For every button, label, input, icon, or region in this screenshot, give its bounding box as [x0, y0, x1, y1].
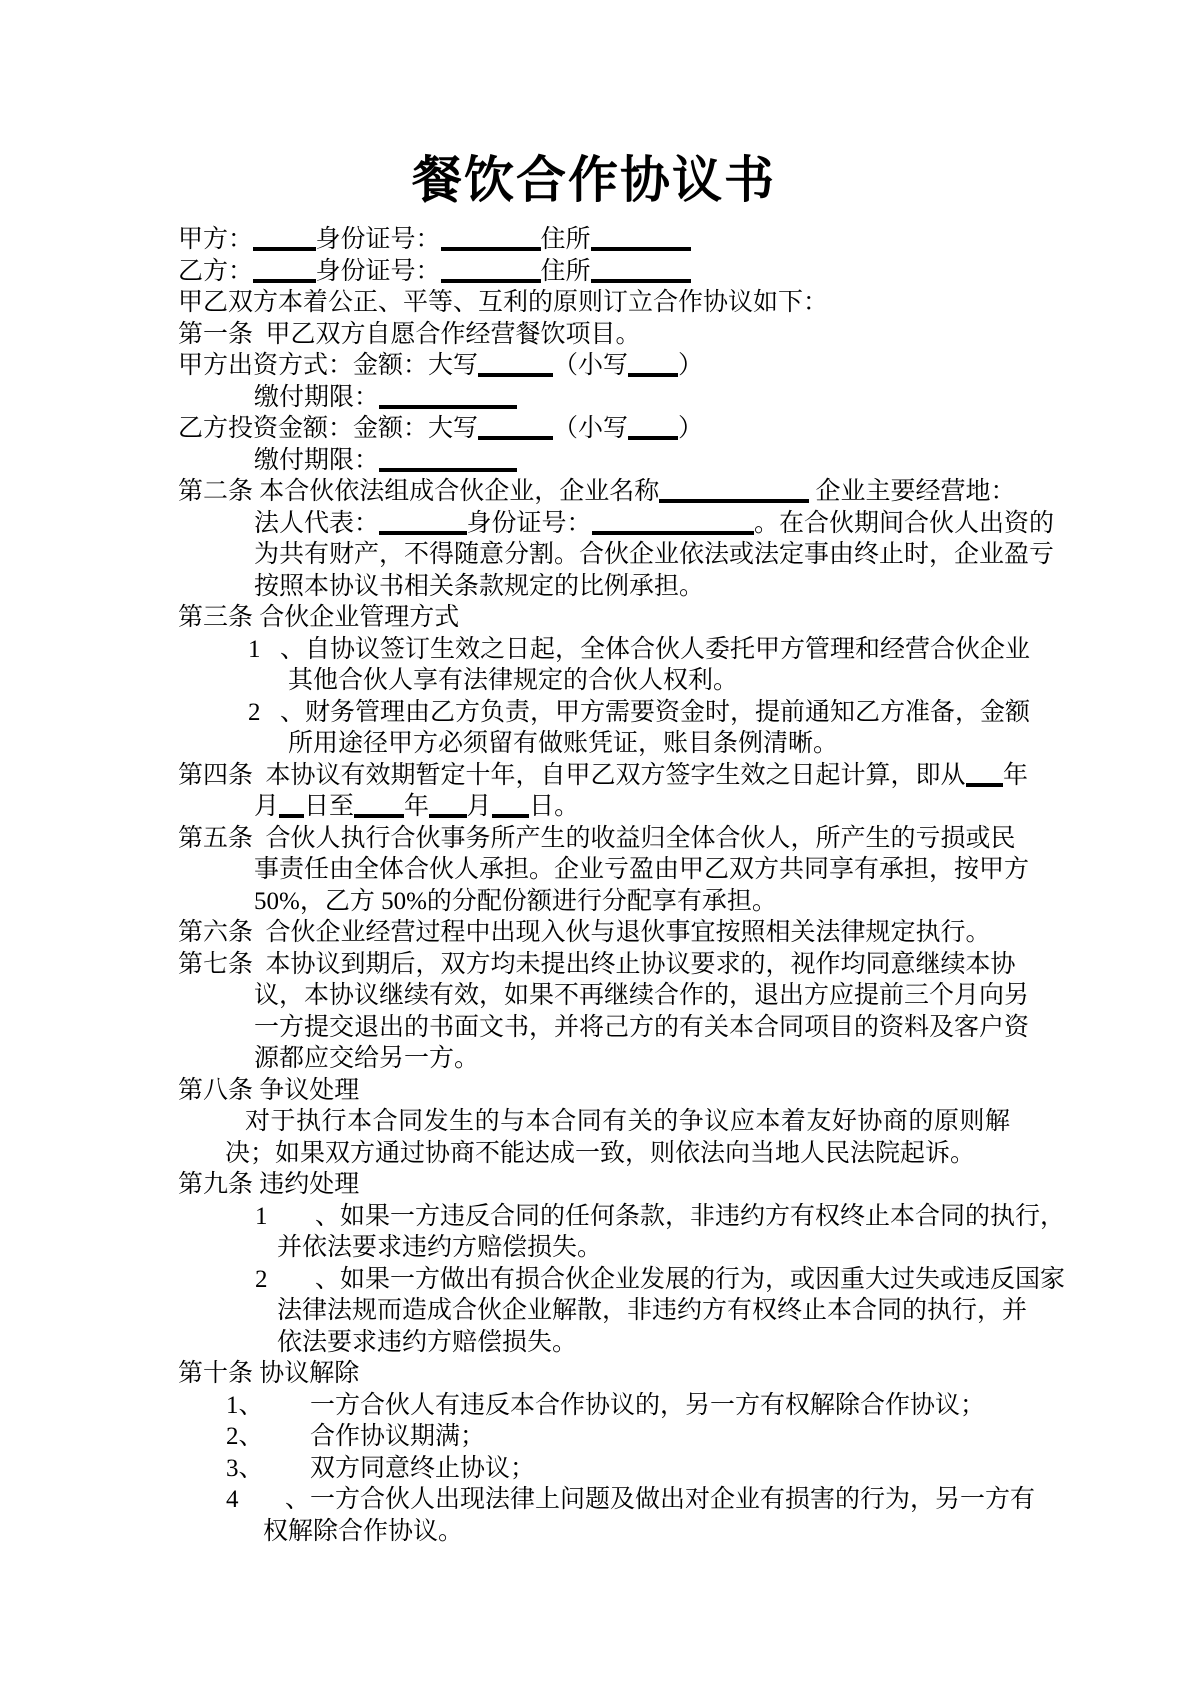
doc-line: 甲方：身份证号：住所 — [178, 224, 1010, 256]
doc-line: 1、一方合伙人有违反本合作协议的，另一方有权解除合作协议； — [178, 1390, 1010, 1422]
doc-line: 所用途径甲方必须留有做账凭证，账目条例清晰。 — [178, 728, 1010, 760]
blank-field — [478, 373, 553, 377]
doc-line: 为共有财产，不得随意分割。合伙企业依法或法定事由终止时，企业盈亏 — [178, 539, 1010, 571]
doc-line: 缴付期限： — [178, 445, 1010, 477]
document-body: 甲方：身份证号：住所乙方：身份证号：住所甲乙双方本着公正、平等、互利的原则订立合… — [178, 224, 1010, 1547]
doc-line: 议，本协议继续有效，如果不再继续合作的，退出方应提前三个月向另 — [178, 980, 1010, 1012]
doc-line: 月日至年月日。 — [178, 791, 1010, 823]
item-number: 4、 — [226, 1484, 310, 1516]
item-number: 1、 — [255, 1201, 340, 1233]
doc-line: 2、如果一方做出有损合伙企业发展的行为，或因重大过失或违反国家 — [178, 1264, 1010, 1296]
doc-line: 2、财务管理由乙方负责，甲方需要资金时，提前通知乙方准备，金额 — [178, 697, 1010, 729]
doc-line: 缴付期限： — [178, 382, 1010, 414]
item-number: 1、 — [248, 634, 305, 666]
doc-line: 决；如果双方通过协商不能达成一致，则依法向当地人民法院起诉。 — [178, 1138, 1010, 1170]
item-number: 1、 — [226, 1390, 310, 1422]
doc-line: 事责任由全体合伙人承担。企业亏盈由甲乙双方共同享有承担，按甲方 — [178, 854, 1010, 886]
doc-line: 1、如果一方违反合同的任何条款，非违约方有权终止本合同的执行， — [178, 1201, 1010, 1233]
doc-line: 第一条 甲乙双方自愿合作经营餐饮项目。 — [178, 319, 1010, 351]
doc-line: 第九条 违约处理 — [178, 1169, 1010, 1201]
doc-line: 第二条 本合伙依法组成合伙企业，企业名称 企业主要经营地： — [178, 476, 1010, 508]
doc-line: 3、双方同意终止协议； — [178, 1453, 1010, 1485]
doc-line: 2、合作协议期满； — [178, 1421, 1010, 1453]
blank-field — [492, 814, 530, 818]
blank-field — [659, 499, 809, 503]
doc-line: 一方提交退出的书面文书，并将己方的有关本合同项目的资料及客户资 — [178, 1012, 1010, 1044]
doc-line: 甲方出资方式：金额：大写（小写） — [178, 350, 1010, 382]
item-number: 2、 — [248, 697, 305, 729]
document-content: 餐饮合作协议书 甲方：身份证号：住所乙方：身份证号：住所甲乙双方本着公正、平等、… — [178, 0, 1010, 1547]
doc-line: 权解除合作协议。 — [178, 1516, 1010, 1548]
blank-field — [592, 531, 755, 535]
blank-field — [441, 279, 541, 283]
blank-field — [379, 531, 467, 535]
item-number: 2、 — [226, 1421, 310, 1453]
document-title: 餐饮合作协议书 — [178, 150, 1010, 210]
blank-field — [966, 783, 1004, 787]
blank-field — [591, 247, 691, 251]
doc-line: 第四条 本协议有效期暂定十年，自甲乙双方签字生效之日起计算，即从年 — [178, 760, 1010, 792]
blank-field — [478, 436, 553, 440]
item-number: 3、 — [226, 1453, 310, 1485]
doc-line: 1、自协议签订生效之日起，全体合伙人委托甲方管理和经营合伙企业 — [178, 634, 1010, 666]
doc-line: 其他合伙人享有法律规定的合伙人权利。 — [178, 665, 1010, 697]
doc-line: 法律法规而造成合伙企业解散，非违约方有权终止本合同的执行，并 — [178, 1295, 1010, 1327]
doc-line: 第三条 合伙企业管理方式 — [178, 602, 1010, 634]
doc-line: 并依法要求违约方赔偿损失。 — [178, 1232, 1010, 1264]
doc-line: 依法要求违约方赔偿损失。 — [178, 1327, 1010, 1359]
blank-field — [354, 814, 404, 818]
doc-line: 对于执行本合同发生的与本合同有关的争议应本着友好协商的原则解 — [178, 1106, 1010, 1138]
doc-line: 第六条 合伙企业经营过程中出现入伙与退伙事宜按照相关法律规定执行。 — [178, 917, 1010, 949]
doc-line: 第五条 合伙人执行合伙事务所产生的收益归全体合伙人，所产生的亏损或民 — [178, 823, 1010, 855]
blank-field — [429, 814, 467, 818]
doc-line: 法人代表：身份证号：。在合伙期间合伙人出资的 — [178, 508, 1010, 540]
blank-field — [253, 247, 316, 251]
doc-line: 甲乙双方本着公正、平等、互利的原则订立合作协议如下： — [178, 287, 1010, 319]
document-page: 餐饮合作协议书 甲方：身份证号：住所乙方：身份证号：住所甲乙双方本着公正、平等、… — [0, 0, 1190, 1683]
doc-line: 第八条 争议处理 — [178, 1075, 1010, 1107]
doc-line: 第十条 协议解除 — [178, 1358, 1010, 1390]
blank-field — [591, 279, 691, 283]
doc-line: 乙方：身份证号：住所 — [178, 256, 1010, 288]
doc-line: 源都应交给另一方。 — [178, 1043, 1010, 1075]
doc-line: 乙方投资金额：金额：大写（小写） — [178, 413, 1010, 445]
doc-line: 50%，乙方 50%的分配份额进行分配享有承担。 — [178, 886, 1010, 918]
blank-field — [279, 814, 304, 818]
blank-field — [379, 405, 517, 409]
item-number: 2、 — [255, 1264, 340, 1296]
blank-field — [628, 373, 678, 377]
blank-field — [379, 468, 517, 472]
blank-field — [253, 279, 316, 283]
doc-line: 4、一方合伙人出现法律上问题及做出对企业有损害的行为，另一方有 — [178, 1484, 1010, 1516]
doc-line: 按照本协议书相关条款规定的比例承担。 — [178, 571, 1010, 603]
blank-field — [441, 247, 541, 251]
doc-line: 第七条 本协议到期后，双方均未提出终止协议要求的，视作均同意继续本协 — [178, 949, 1010, 981]
blank-field — [628, 436, 678, 440]
